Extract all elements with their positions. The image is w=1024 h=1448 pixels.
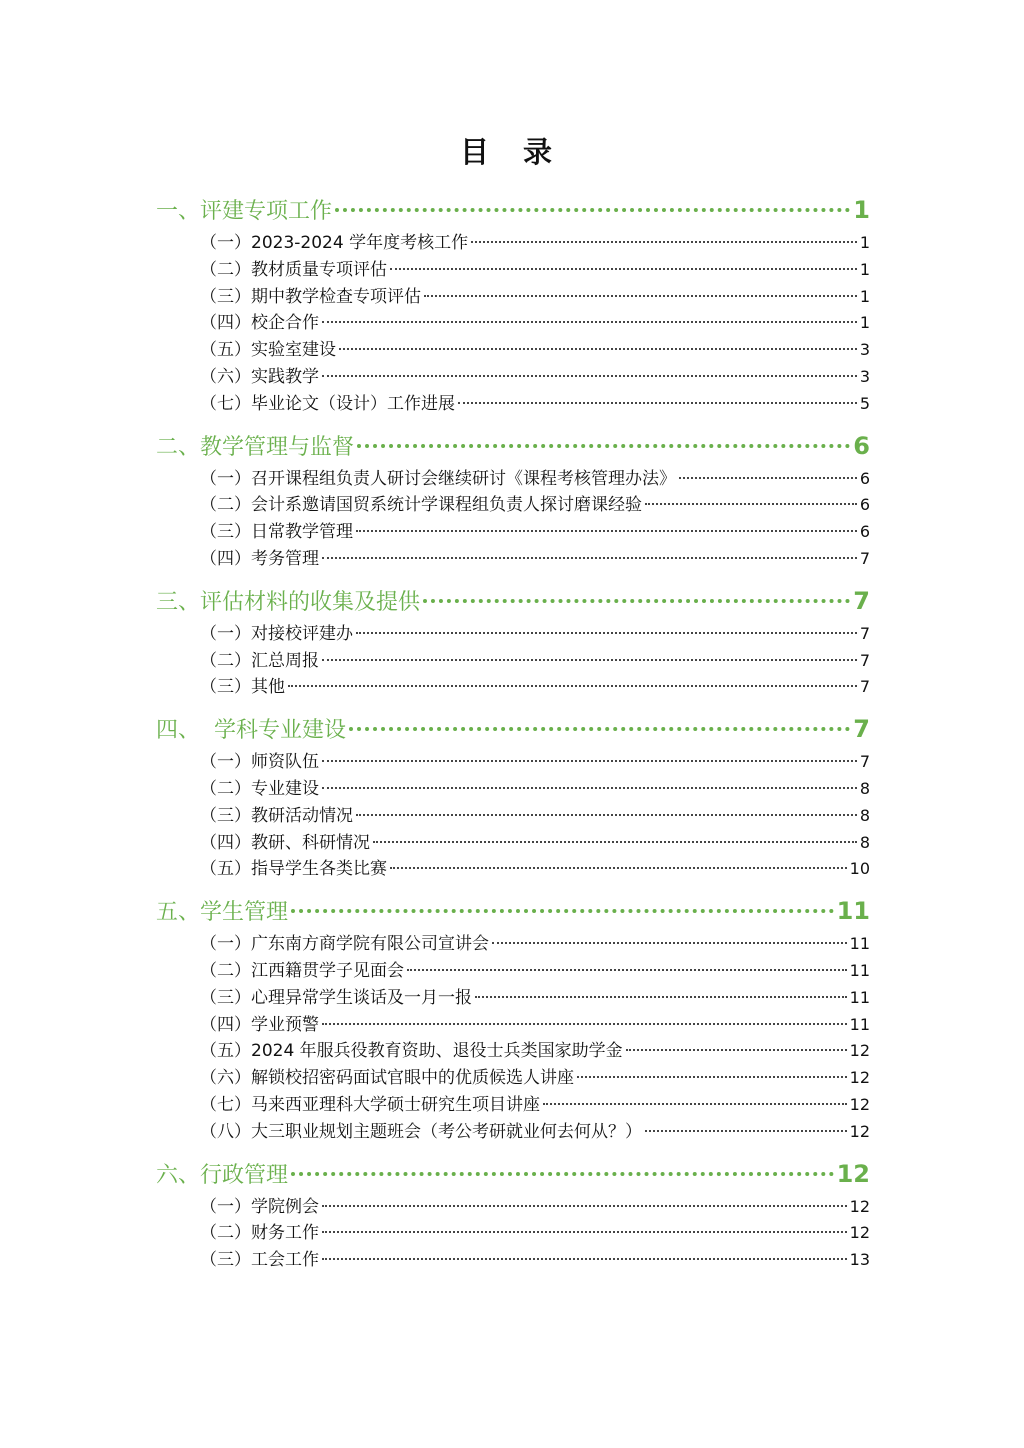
toc-subitem-link[interactable]: （三）其他7 — [200, 674, 870, 701]
toc-page-number: 7 — [853, 583, 870, 619]
toc-page-number: 10 — [850, 856, 870, 883]
toc-subitem-label: （二）江西籍贯学子见面会 — [200, 958, 404, 985]
toc-subitem-list: （一）召开课程组负责人研讨会继续研讨《课程考核管理办法》6 （二）会计系邀请国贸… — [156, 464, 870, 583]
toc-subitem-label: （一）师资队伍 — [200, 749, 319, 776]
toc-subitem-label: （一）2023-2024 学年度考核工作 — [200, 230, 468, 257]
toc-page-number: 1 — [860, 230, 870, 257]
toc-page-number: 1 — [860, 257, 870, 284]
toc-page-number: 13 — [850, 1247, 870, 1274]
toc-subitem-label: （一）召开课程组负责人研讨会继续研讨《课程考核管理办法》 — [200, 466, 676, 493]
toc-subitem-link[interactable]: （二）专业建设8 — [200, 776, 870, 803]
dot-leader — [356, 814, 857, 816]
toc-subitem-link[interactable]: （五）实验室建设3 — [200, 337, 870, 364]
toc-subitem-link[interactable]: （六）实践教学3 — [200, 364, 870, 391]
dot-leader — [322, 1023, 847, 1025]
dot-leader — [390, 867, 847, 869]
table-of-contents: 一、评建专项工作 1 （一）2023-2024 学年度考核工作1 （二）教材质量… — [156, 192, 870, 1284]
toc-page-number: 12 — [850, 1119, 870, 1146]
toc-page-number: 7 — [860, 621, 870, 648]
dot-leader — [322, 1205, 847, 1207]
toc-subitem-link[interactable]: （八）大三职业规划主题班会（考公考研就业何去何从？）12 — [200, 1119, 870, 1146]
toc-subitem-label: （八）大三职业规划主题班会（考公考研就业何去何从？） — [200, 1119, 642, 1146]
dot-leader — [349, 727, 850, 731]
toc-heading-label: 一、评建专项工作 — [156, 194, 332, 230]
toc-subitem-link[interactable]: （五）指导学生各类比赛10 — [200, 856, 870, 883]
toc-page-number: 3 — [860, 337, 870, 364]
dot-leader — [357, 444, 850, 448]
dot-leader — [471, 241, 857, 243]
dot-leader — [424, 295, 857, 297]
dot-leader — [373, 841, 857, 843]
dot-leader — [288, 685, 857, 687]
toc-subitem-label: （四）校企合作 — [200, 310, 319, 337]
toc-subitem-label: （一）广东南方商学院有限公司宣讲会 — [200, 931, 489, 958]
dot-leader — [322, 760, 857, 762]
toc-page-number: 11 — [837, 893, 870, 929]
dot-leader — [335, 208, 850, 212]
dot-leader — [626, 1049, 847, 1051]
dot-leader — [322, 557, 857, 559]
toc-page-number: 8 — [860, 776, 870, 803]
toc-subitem-list: （一）师资队伍7 （二）专业建设8 （三）教研活动情况8 （四）教研、科研情况8… — [156, 747, 870, 893]
toc-section: 六、行政管理 12 （一）学院例会12 （二）财务工作12 （三）工会工作13 — [156, 1156, 870, 1284]
toc-page-number: 6 — [860, 492, 870, 519]
toc-subitem-label: （七）毕业论文（设计）工作进展 — [200, 391, 455, 418]
dot-leader — [322, 659, 857, 661]
toc-subitem-label: （七）马来西亚理科大学硕士研究生项目讲座 — [200, 1092, 540, 1119]
toc-heading-label: 六、行政管理 — [156, 1158, 288, 1194]
toc-page-number: 12 — [837, 1156, 870, 1192]
toc-page-number: 11 — [850, 958, 870, 985]
toc-heading-label: 三、评估材料的收集及提供 — [156, 585, 420, 621]
toc-subitem-label: （二）财务工作 — [200, 1220, 319, 1247]
dot-leader — [322, 1258, 847, 1260]
toc-subitem-label: （六）解锁校招密码面试官眼中的优质候选人讲座 — [200, 1065, 574, 1092]
toc-subitem-link[interactable]: （二）汇总周报7 — [200, 648, 870, 675]
toc-heading-link[interactable]: 二、教学管理与监督 6 — [156, 428, 870, 464]
toc-subitem-link[interactable]: （一）2023-2024 学年度考核工作1 — [200, 230, 870, 257]
toc-heading-label: 四、 学科专业建设 — [156, 713, 346, 749]
toc-subitem-label: （三）期中教学检查专项评估 — [200, 284, 421, 311]
toc-subitem-link[interactable]: （二）财务工作12 — [200, 1220, 870, 1247]
dot-leader — [577, 1076, 847, 1078]
toc-page-number: 7 — [853, 711, 870, 747]
toc-subitem-link[interactable]: （一）召开课程组负责人研讨会继续研讨《课程考核管理办法》6 — [200, 466, 870, 493]
toc-heading-link[interactable]: 三、评估材料的收集及提供 7 — [156, 583, 870, 619]
toc-heading-link[interactable]: 六、行政管理 12 — [156, 1156, 870, 1192]
toc-subitem-link[interactable]: （四）学业预警11 — [200, 1012, 870, 1039]
dot-leader — [291, 909, 834, 913]
toc-subitem-label: （四）学业预警 — [200, 1012, 319, 1039]
toc-section: 二、教学管理与监督 6 （一）召开课程组负责人研讨会继续研讨《课程考核管理办法》… — [156, 428, 870, 583]
toc-heading-link[interactable]: 四、 学科专业建设 7 — [156, 711, 870, 747]
toc-subitem-label: （二）教材质量专项评估 — [200, 257, 387, 284]
toc-heading-label: 二、教学管理与监督 — [156, 430, 354, 466]
toc-section: 三、评估材料的收集及提供 7 （一）对接校评建办7 （二）汇总周报7 （三）其他… — [156, 583, 870, 711]
toc-page-number: 8 — [860, 803, 870, 830]
toc-page-number: 7 — [860, 749, 870, 776]
dot-leader — [339, 348, 857, 350]
toc-subitem-link[interactable]: （二）会计系邀请国贸系统计学课程组负责人探讨磨课经验6 — [200, 492, 870, 519]
dot-leader — [475, 996, 847, 998]
toc-subitem-label: （五）指导学生各类比赛 — [200, 856, 387, 883]
toc-page-number: 5 — [860, 391, 870, 418]
toc-subitem-label: （三）其他 — [200, 674, 285, 701]
toc-subitem-list: （一）2023-2024 学年度考核工作1 （二）教材质量专项评估1 （三）期中… — [156, 228, 870, 428]
toc-page-number: 12 — [850, 1194, 870, 1221]
toc-subitem-label: （三）教研活动情况 — [200, 803, 353, 830]
toc-subitem-label: （一）学院例会 — [200, 1194, 319, 1221]
toc-subitem-link[interactable]: （三）日常教学管理6 — [200, 519, 870, 546]
toc-page-number: 7 — [860, 648, 870, 675]
dot-leader — [407, 969, 847, 971]
toc-subitem-link[interactable]: （一）对接校评建办7 — [200, 621, 870, 648]
toc-subitem-label: （六）实践教学 — [200, 364, 319, 391]
toc-subitem-link[interactable]: （五）2024 年服兵役教育资助、退役士兵类国家助学金12 — [200, 1038, 870, 1065]
toc-section: 一、评建专项工作 1 （一）2023-2024 学年度考核工作1 （二）教材质量… — [156, 192, 870, 428]
dot-leader — [291, 1172, 834, 1176]
toc-subitem-link[interactable]: （二）江西籍贯学子见面会11 — [200, 958, 870, 985]
toc-page-number: 1 — [860, 310, 870, 337]
toc-subitem-link[interactable]: （四）教研、科研情况8 — [200, 830, 870, 857]
toc-subitem-label: （五）实验室建设 — [200, 337, 336, 364]
toc-section: 四、 学科专业建设 7 （一）师资队伍7 （二）专业建设8 （三）教研活动情况8… — [156, 711, 870, 893]
toc-page-number: 11 — [850, 931, 870, 958]
dot-leader — [356, 632, 857, 634]
toc-subitem-label: （一）对接校评建办 — [200, 621, 353, 648]
dot-leader — [423, 599, 850, 603]
toc-page-number: 7 — [860, 674, 870, 701]
toc-page-number: 3 — [860, 364, 870, 391]
toc-subitem-link[interactable]: （三）心理异常学生谈话及一月一报11 — [200, 985, 870, 1012]
toc-page-number: 6 — [860, 466, 870, 493]
toc-subitem-label: （二）专业建设 — [200, 776, 319, 803]
dot-leader — [458, 402, 857, 404]
toc-subitem-label: （五）2024 年服兵役教育资助、退役士兵类国家助学金 — [200, 1038, 623, 1065]
toc-subitem-list: （一）学院例会12 （二）财务工作12 （三）工会工作13 — [156, 1192, 870, 1284]
toc-page-number: 1 — [853, 192, 870, 228]
dot-leader — [322, 1231, 847, 1233]
dot-leader — [322, 375, 857, 377]
toc-subitem-label: （三）日常教学管理 — [200, 519, 353, 546]
toc-page-number: 12 — [850, 1220, 870, 1247]
dot-leader — [322, 321, 857, 323]
toc-subitem-link[interactable]: （七）马来西亚理科大学硕士研究生项目讲座12 — [200, 1092, 870, 1119]
toc-section: 五、学生管理 11 （一）广东南方商学院有限公司宣讲会11 （二）江西籍贯学子见… — [156, 893, 870, 1155]
dot-leader — [356, 530, 857, 532]
dot-leader — [645, 1130, 847, 1132]
toc-page-number: 6 — [853, 428, 870, 464]
toc-page-number: 1 — [860, 284, 870, 311]
toc-subitem-list: （一）对接校评建办7 （二）汇总周报7 （三）其他7 — [156, 619, 870, 711]
toc-subitem-label: （四）考务管理 — [200, 546, 319, 573]
dot-leader — [322, 787, 857, 789]
toc-page-number: 11 — [850, 985, 870, 1012]
page-title: 目 录 — [0, 130, 1024, 174]
dot-leader — [390, 268, 857, 270]
toc-subitem-link[interactable]: （七）毕业论文（设计）工作进展5 — [200, 391, 870, 418]
toc-subitem-label: （三）工会工作 — [200, 1247, 319, 1274]
toc-subitem-link[interactable]: （一）学院例会12 — [200, 1194, 870, 1221]
toc-subitem-link[interactable]: （三）工会工作13 — [200, 1247, 870, 1274]
dot-leader — [543, 1103, 847, 1105]
toc-subitem-label: （三）心理异常学生谈话及一月一报 — [200, 985, 472, 1012]
toc-page-number: 6 — [860, 519, 870, 546]
toc-subitem-link[interactable]: （三）期中教学检查专项评估1 — [200, 284, 870, 311]
toc-page-number: 8 — [860, 830, 870, 857]
toc-heading-label: 五、学生管理 — [156, 895, 288, 931]
toc-subitem-label: （四）教研、科研情况 — [200, 830, 370, 857]
toc-subitem-link[interactable]: （一）师资队伍7 — [200, 749, 870, 776]
toc-page-number: 12 — [850, 1065, 870, 1092]
toc-heading-link[interactable]: 一、评建专项工作 1 — [156, 192, 870, 228]
toc-subitem-label: （二）汇总周报 — [200, 648, 319, 675]
toc-subitem-link[interactable]: （一）广东南方商学院有限公司宣讲会11 — [200, 931, 870, 958]
toc-page-number: 12 — [850, 1092, 870, 1119]
toc-subitem-link[interactable]: （四）考务管理7 — [200, 546, 870, 573]
dot-leader — [679, 477, 857, 479]
toc-subitem-link[interactable]: （二）教材质量专项评估1 — [200, 257, 870, 284]
dot-leader — [645, 503, 857, 505]
toc-subitem-link[interactable]: （三）教研活动情况8 — [200, 803, 870, 830]
toc-page-number: 12 — [850, 1038, 870, 1065]
toc-subitem-list: （一）广东南方商学院有限公司宣讲会11 （二）江西籍贯学子见面会11 （三）心理… — [156, 929, 870, 1155]
toc-subitem-label: （二）会计系邀请国贸系统计学课程组负责人探讨磨课经验 — [200, 492, 642, 519]
toc-subitem-link[interactable]: （六）解锁校招密码面试官眼中的优质候选人讲座12 — [200, 1065, 870, 1092]
toc-page-number: 11 — [850, 1012, 870, 1039]
toc-page-number: 7 — [860, 546, 870, 573]
dot-leader — [492, 942, 847, 944]
toc-subitem-link[interactable]: （四）校企合作1 — [200, 310, 870, 337]
toc-heading-link[interactable]: 五、学生管理 11 — [156, 893, 870, 929]
